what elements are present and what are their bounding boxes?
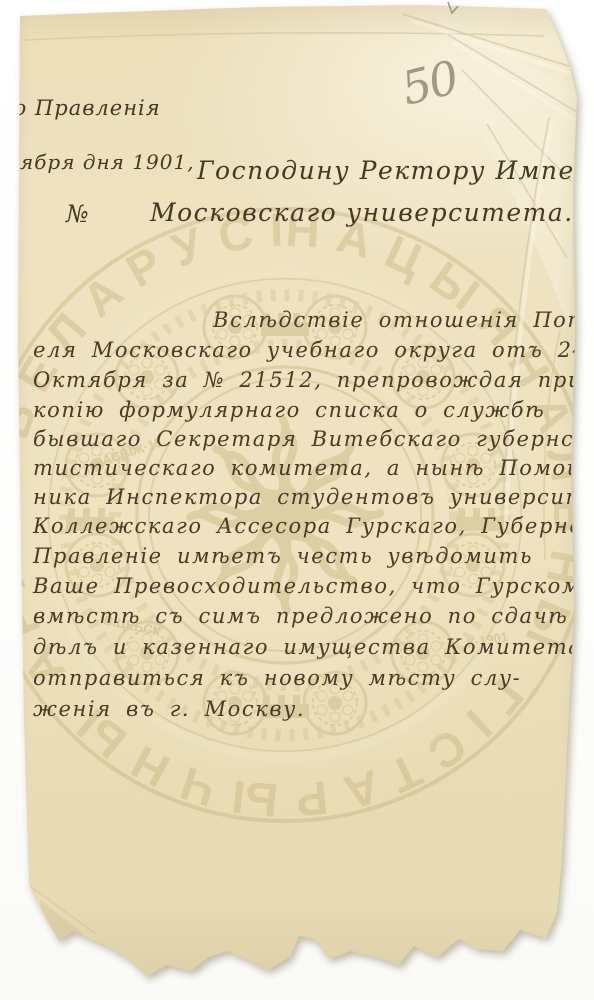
body-line: женія въ г. Москву. — [33, 697, 305, 721]
paper-sheet: НАЦЫЯНАЛЬНЫ ГІСТАРЫЧНЫ АРХІЎ БЕЛАРУСІ — [0, 0, 594, 1000]
letterhead-office-line: го Правленія — [2, 96, 161, 120]
body-line: Вслѣдствіе отношенія Попечит- — [33, 308, 594, 332]
scan-background: НАЦЫЯНАЛЬНЫ ГІСТАРЫЧНЫ АРХІЎ БЕЛАРУСІ — [0, 0, 594, 1000]
body-line: Октября за № 21512, препровождая при это… — [33, 368, 594, 392]
address-line-1: Господину Ректору Императорскаго — [197, 156, 594, 185]
body-line: Ваше Превосходительство, что Гурскому — [33, 574, 594, 598]
letterhead-number-sign: № — [66, 200, 89, 228]
body-line: тистическаго комитета, а нынѣ Помощ- — [33, 456, 594, 480]
pencil-tick-mark — [0, 0, 594, 20]
body-line: вмѣстѣ съ симъ предложено по сдачѣ — [33, 604, 568, 628]
body-line: дѣлъ и казеннаго имущества Комитета — [33, 635, 582, 659]
body-line: отправиться къ новому мѣсту слу- — [33, 666, 521, 690]
body-line: еля Московскаго учебнаго округа отъ 24го — [33, 338, 594, 362]
body-line: Правленіе имѣетъ честь увѣдомить — [33, 544, 533, 568]
body-line: Коллежскаго Ассесора Гурскаго, Губернско… — [33, 514, 594, 538]
document-page: НАЦЫЯНАЛЬНЫ ГІСТАРЫЧНЫ АРХІЎ БЕЛАРУСІ — [0, 0, 594, 1000]
body-line: ника Инспектора студентовъ университета — [33, 485, 594, 509]
letterhead-date-line: тября дня 1901, — [0, 150, 195, 174]
body-line: копію формулярнаго списка о службѣ — [33, 398, 545, 422]
address-line-2: Московскаго университета. — [150, 198, 574, 227]
body-line: бывшаго Секретаря Витебскаго губернскаго… — [33, 427, 594, 451]
